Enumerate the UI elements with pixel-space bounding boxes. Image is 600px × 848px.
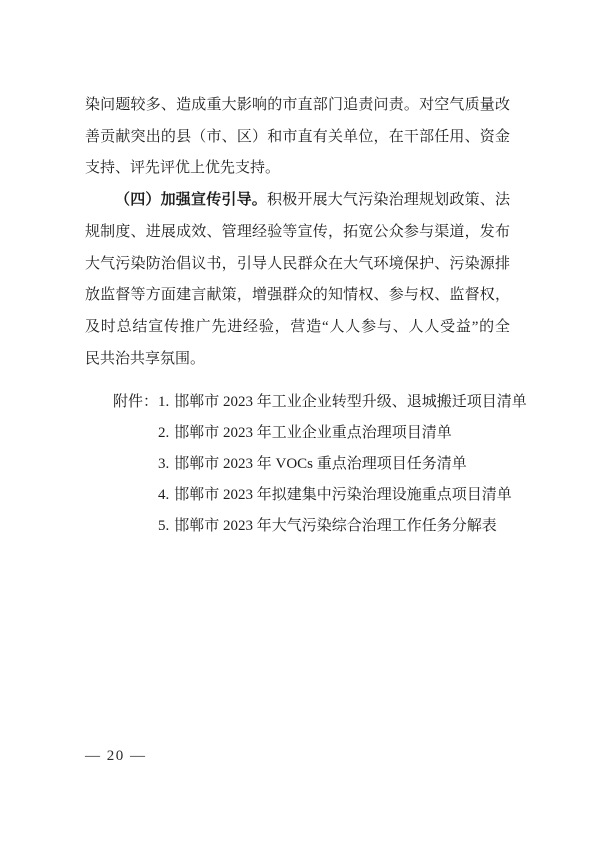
attachment-number: 4. [158,480,169,511]
body-text-line: 染问题较多、造成重大影响的市直部门追责问责。对空气质量改 [85,90,510,122]
attachment-item: 2.邯郸市 2023 年工业企业重点治理项目清单 [158,418,527,449]
attachment-number: 5. [158,511,169,542]
section-heading: （四）加强宣传引导。 [115,192,267,208]
attachments-block: 附件： 1.邯郸市 2023 年工业企业转型升级、退城搬迁项目清单 2.邯郸市 … [85,387,510,542]
attachment-number: 2. [158,418,169,449]
body-text-line: 规制度、进展成效、管理经验等宣传，拓宽公众参与渠道，发布 [85,217,510,249]
page-number: — 20 — [85,748,147,765]
document-page: 染问题较多、造成重大影响的市直部门追责问责。对空气质量改 善贡献突出的县（市、区… [0,0,600,848]
body-text-line: 大气污染防治倡议书，引导人民群众在大气环境保护、污染源排 [85,249,510,281]
page-number-text: — 20 — [85,748,147,764]
attachment-title: 邯郸市 2023 年工业企业重点治理项目清单 [174,425,452,441]
paragraph-section-four: （四）加强宣传引导。积极开展大气污染治理规划政策、法 规制度、进展成效、管理经验… [85,185,510,375]
body-text-line: （四）加强宣传引导。积极开展大气污染治理规划政策、法 [85,185,510,217]
body-text-line: 善贡献突出的县（市、区）和市直有关单位，在干部任用、资金 [85,122,510,154]
attachment-item: 3.邯郸市 2023 年 VOCs 重点治理项目任务清单 [158,449,527,480]
attachment-title: 邯郸市 2023 年拟建集中污染治理设施重点项目清单 [174,487,512,503]
attachment-title: 邯郸市 2023 年大气污染综合治理工作任务分解表 [174,518,497,534]
attachment-item: 4.邯郸市 2023 年拟建集中污染治理设施重点项目清单 [158,480,527,511]
attachment-title: 邯郸市 2023 年 VOCs 重点治理项目任务清单 [174,456,467,472]
body-text-line: 及时总结宣传推广先进经验，营造“人人参与、人人受益”的全 [85,312,510,344]
paragraph-continuation: 染问题较多、造成重大影响的市直部门追责问责。对空气质量改 善贡献突出的县（市、区… [85,90,510,185]
attachment-title: 邯郸市 2023 年工业企业转型升级、退城搬迁项目清单 [174,394,527,410]
body-text-line: 支持、评先评优上优先支持。 [85,153,510,185]
attachments-list: 1.邯郸市 2023 年工业企业转型升级、退城搬迁项目清单 2.邯郸市 2023… [158,387,527,542]
attachment-item: 1.邯郸市 2023 年工业企业转型升级、退城搬迁项目清单 [158,387,527,418]
document-body: 染问题较多、造成重大影响的市直部门追责问责。对空气质量改 善贡献突出的县（市、区… [85,90,510,542]
body-text-line: 放监督等方面建言献策，增强群众的知情权、参与权、监督权， [85,280,510,312]
body-text-segment: 积极开展大气污染治理规划政策、法 [267,192,510,208]
attachment-number: 1. [158,387,169,418]
attachment-number: 3. [158,449,169,480]
body-text-line: 民共治共享氛围。 [85,344,510,376]
attachments-label: 附件： [113,387,158,542]
attachment-item: 5.邯郸市 2023 年大气污染综合治理工作任务分解表 [158,511,527,542]
